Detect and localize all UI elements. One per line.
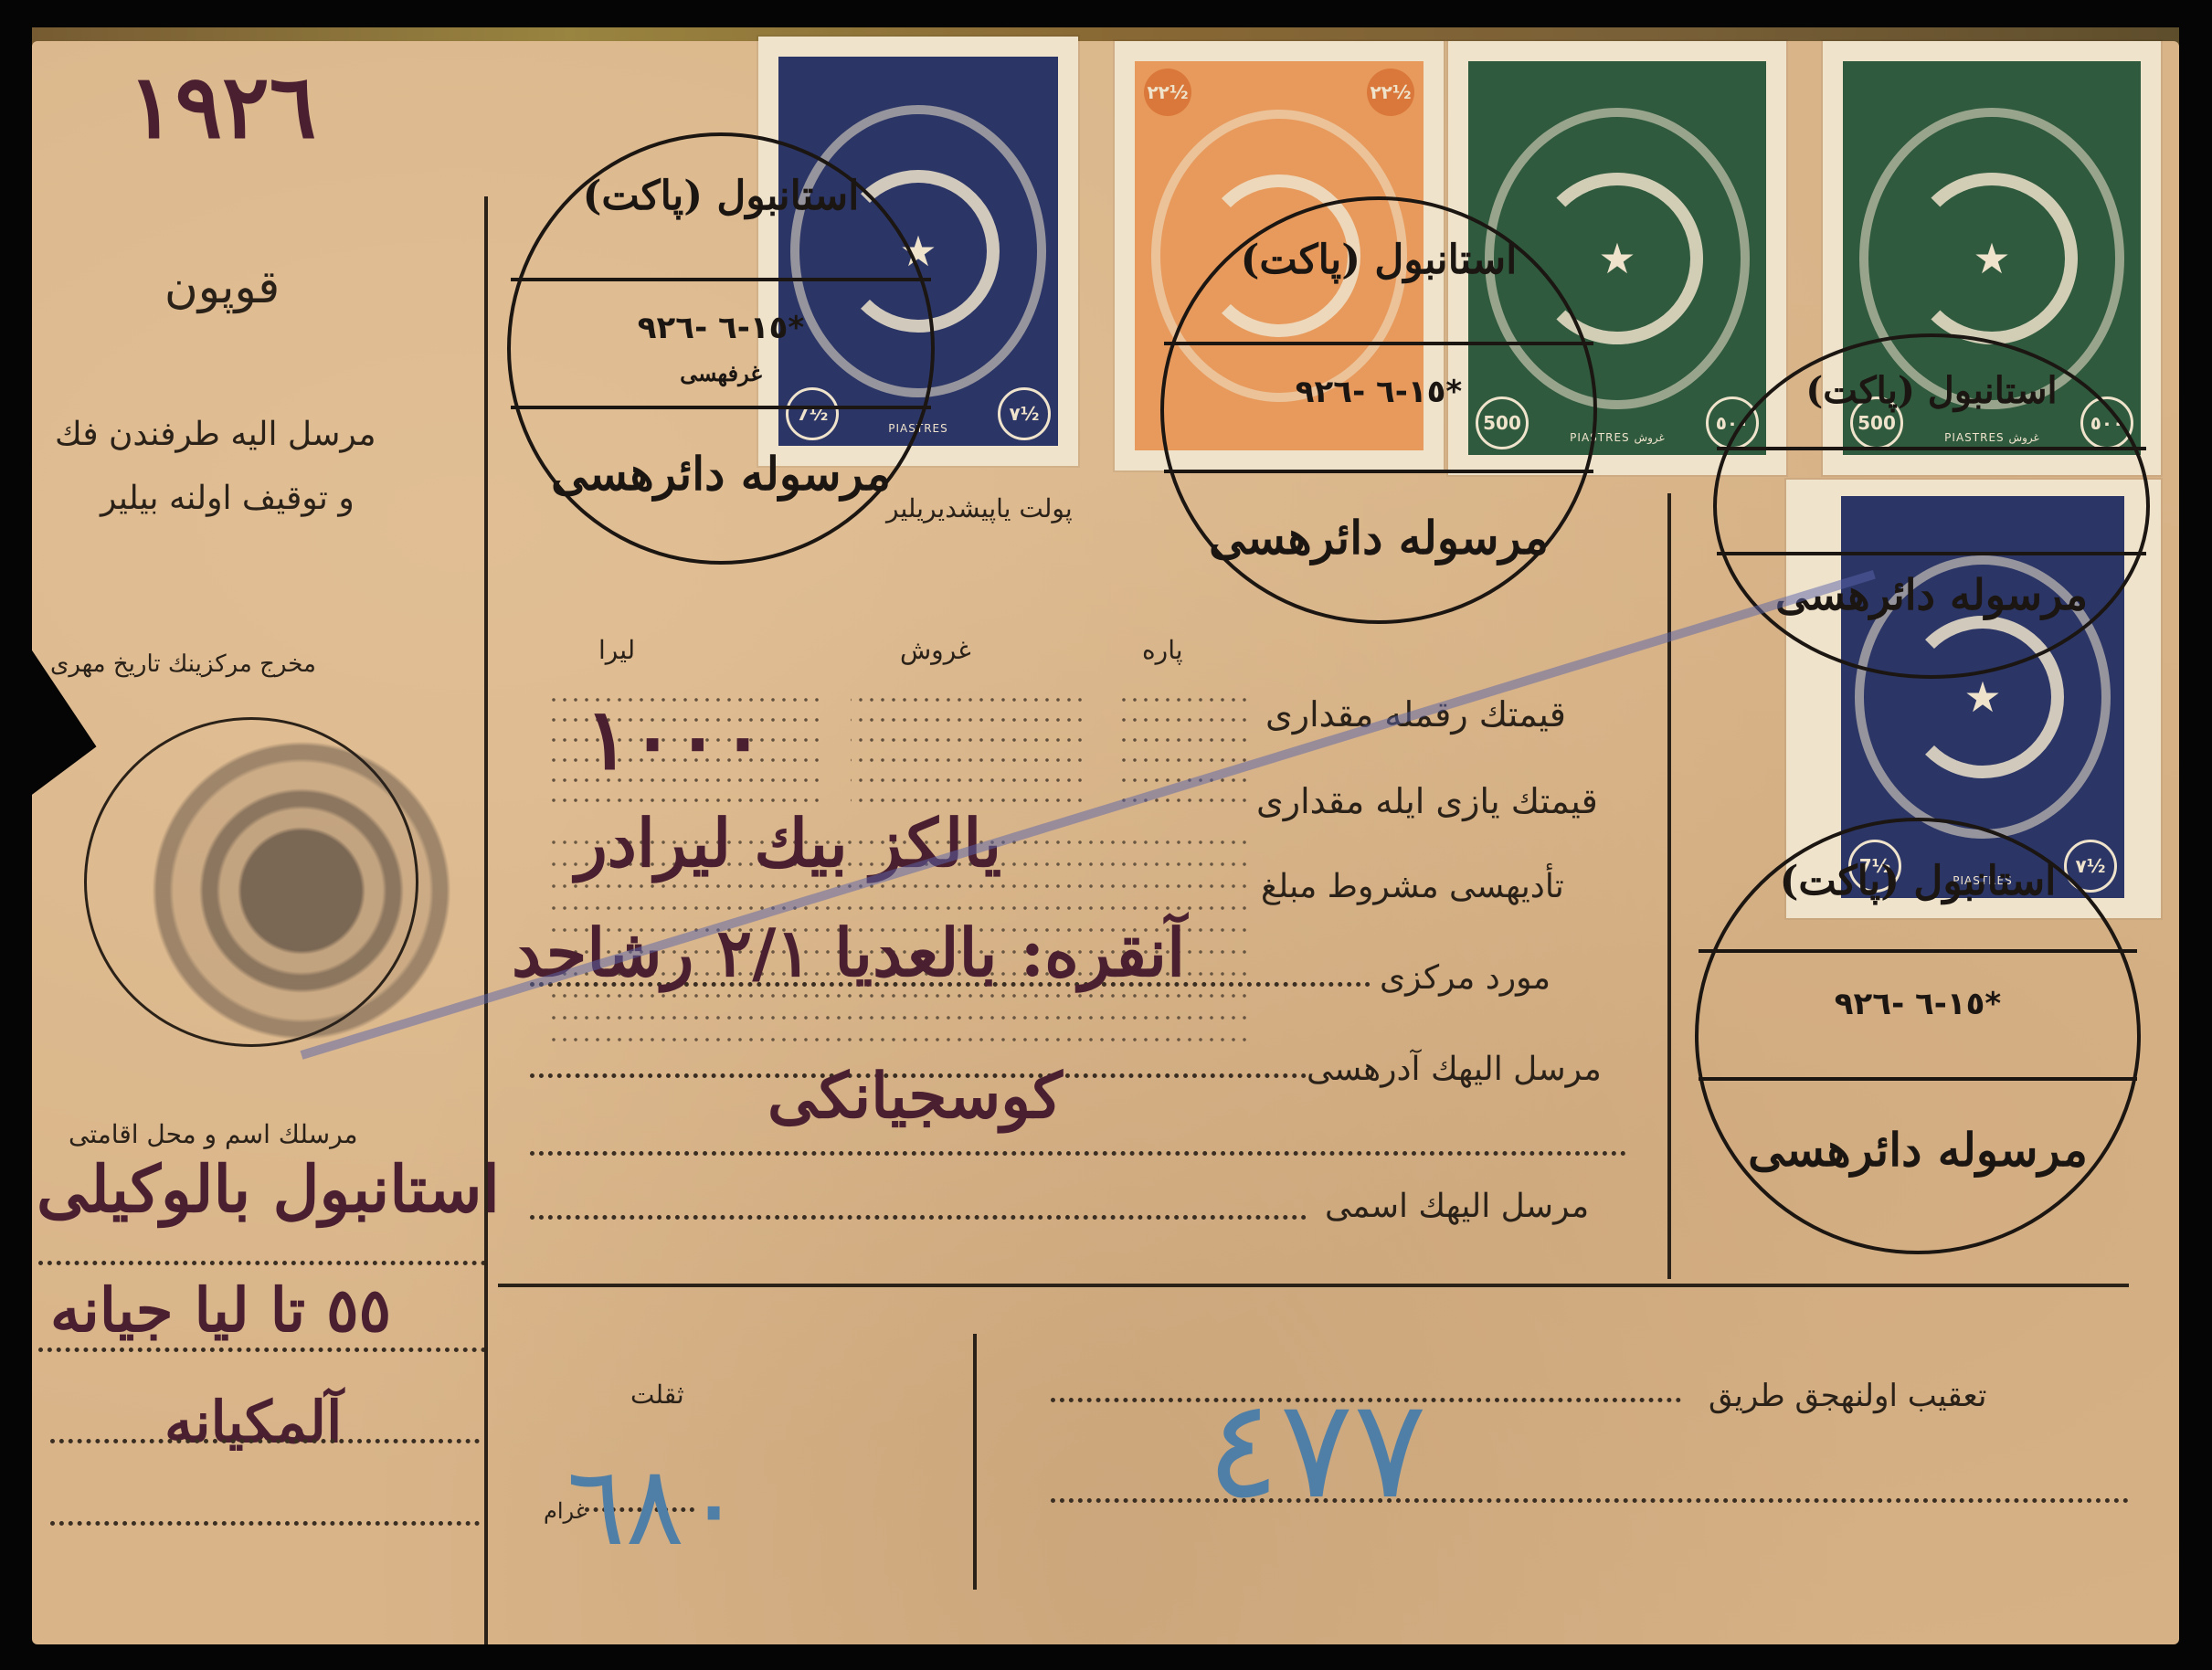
coupon-divider bbox=[484, 196, 488, 1644]
star-crescent-icon: ★ bbox=[1973, 238, 2010, 280]
handwritten-destination-office: آنقره: بالعديا ٢/١ رشاحد bbox=[512, 914, 1185, 991]
seal-caption: مخرج مركزينك تاريخ مهرى bbox=[50, 650, 316, 678]
coupon-title: قوپون bbox=[164, 260, 280, 313]
origin-seal-stamp bbox=[151, 740, 452, 1041]
postmark-3: استانبول (پاکت) مرسوله دائرهسى bbox=[1713, 333, 2150, 679]
sender-line2: ٥٥ تا ليا جيانه bbox=[50, 1274, 391, 1346]
postmark-1: استانبول (پاکت) ١٥-٦ -٩٢٦* غرفهسى مرسوله… bbox=[507, 132, 935, 565]
weight-label: ثقلت bbox=[630, 1379, 684, 1410]
handwritten-recipient-address: كوسجيانكى bbox=[767, 1060, 1063, 1133]
stamp-area-caption: پولت ياپيشديريلير bbox=[886, 493, 1073, 523]
dotted-line bbox=[50, 1439, 480, 1443]
postmark-2: استانبول (پاکت) ١٥-٦ -٩٢٦* مرسوله دائرهس… bbox=[1160, 196, 1597, 624]
dotted-line bbox=[50, 1521, 480, 1526]
col-para: پاره bbox=[1142, 635, 1183, 665]
coupon-note-line2: و توقيف اولنه بيلير bbox=[101, 480, 355, 517]
dotted-line bbox=[530, 1215, 1307, 1220]
amount-lira-value: ١٠٠٠ bbox=[585, 690, 766, 788]
field-label-cod-amount: تأديهسى مشروط مبلغ bbox=[1261, 868, 1564, 905]
dotted-line bbox=[38, 1348, 486, 1352]
handwritten-weight: ٦٨٠ bbox=[566, 1443, 743, 1570]
handwritten-route: ٤٧٧ bbox=[1206, 1370, 1427, 1529]
field-label-amount-words: قيمتك يازى ايله مقدارى bbox=[1256, 781, 1598, 821]
field-label-recipient-name: مرسل اليهك اسمى bbox=[1325, 1188, 1589, 1225]
sender-line1: استانبول بالوكيلى bbox=[37, 1151, 500, 1227]
field-label-recipient-address: مرسل اليهك آدرهسى bbox=[1307, 1051, 1602, 1088]
section-divider bbox=[498, 1284, 2129, 1287]
dotted-line bbox=[38, 1261, 486, 1265]
sender-line3: آلمكيانه bbox=[164, 1389, 342, 1455]
star-crescent-icon: ★ bbox=[1963, 676, 2001, 718]
col-lira: ليرا bbox=[598, 635, 635, 665]
right-column-divider bbox=[1667, 493, 1671, 1279]
handwritten-year: ١٩٢٦ bbox=[128, 55, 316, 158]
postmark-4: استانبول (پاکت) ١٥-٦ -٩٢٦* مرسوله دائرهس… bbox=[1695, 818, 2141, 1254]
coupon-note-line1: مرسل اليه طرفندن فك bbox=[55, 416, 376, 453]
col-kurus: غروش bbox=[900, 635, 971, 665]
handwritten-amount-words: يالكز بيك ليرادر bbox=[576, 804, 1001, 882]
star-crescent-icon: ★ bbox=[1598, 238, 1635, 280]
dotted-line bbox=[530, 1151, 1626, 1156]
field-label-destination-office: مورد مركزى bbox=[1380, 959, 1551, 997]
route-label: تعقيب اولنهجق طريق bbox=[1709, 1378, 1986, 1414]
sender-label: مرسلك اسم و محل اقامتى bbox=[69, 1119, 358, 1149]
bottom-divider bbox=[973, 1334, 977, 1590]
